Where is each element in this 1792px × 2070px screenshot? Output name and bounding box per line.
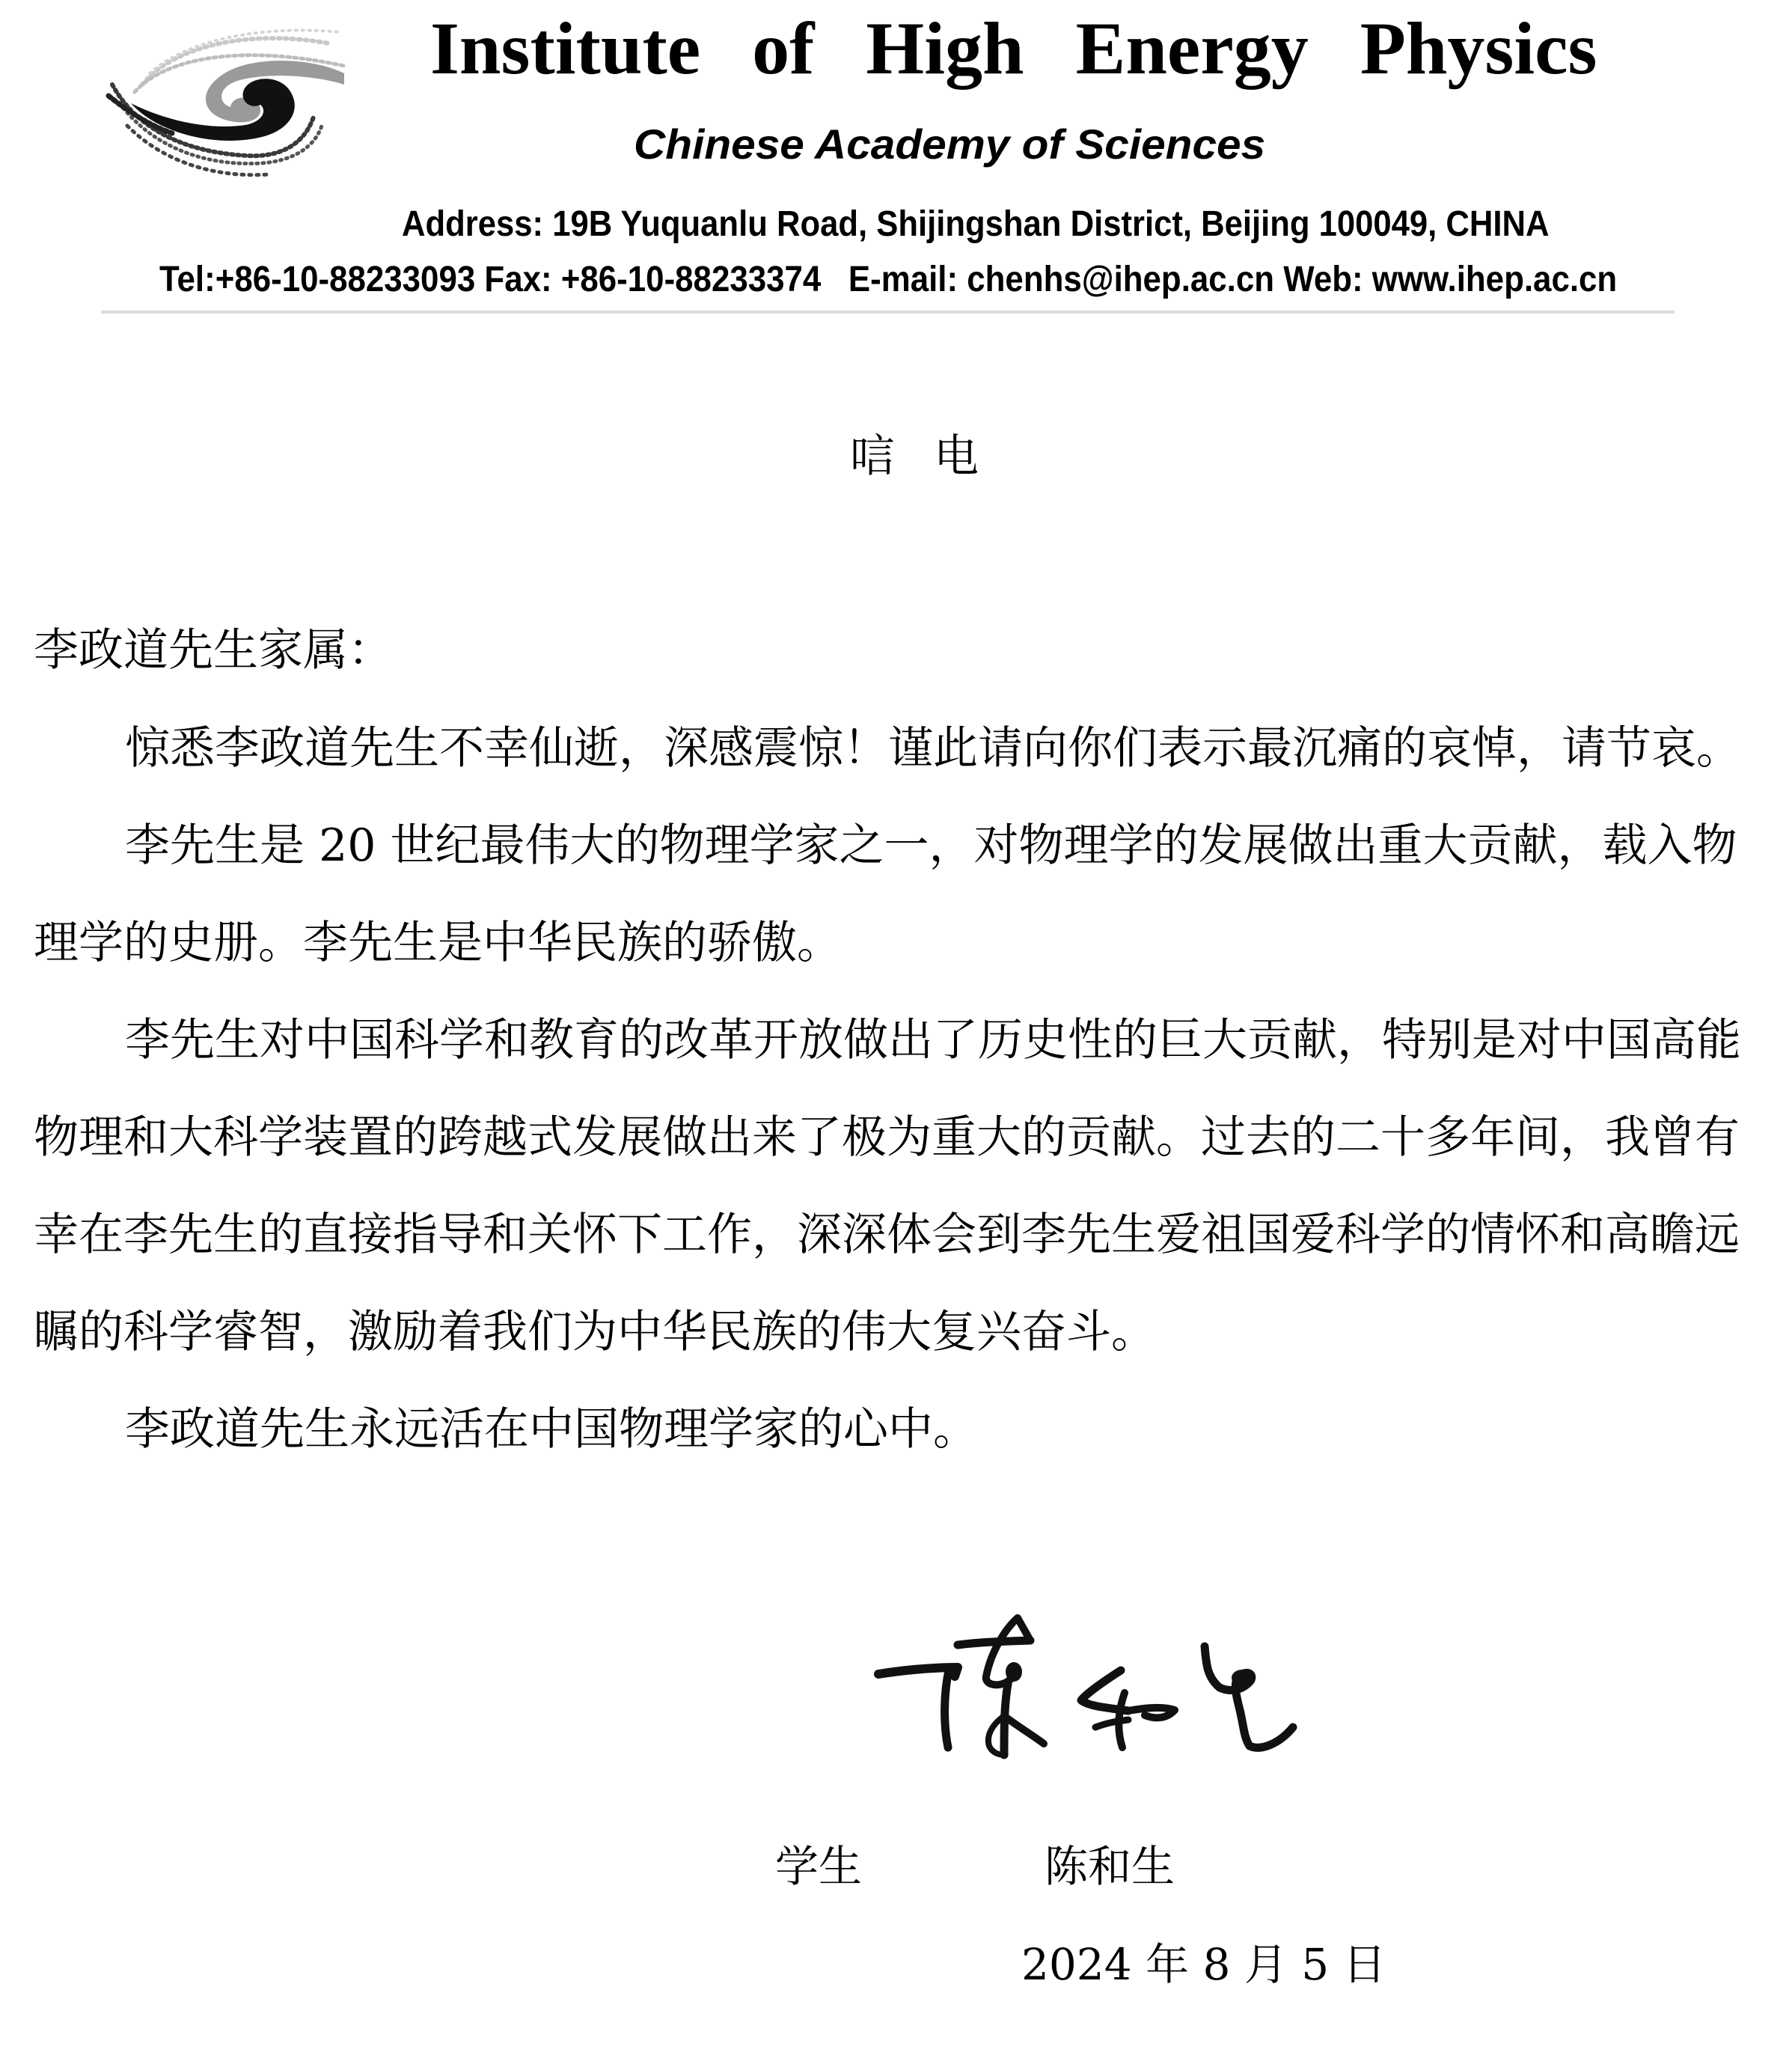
address-line: Address: 19B Yuquanlu Road, Shijingshan … [402,204,1550,245]
paragraph-3-line-2: 物理和大科学装置的跨越式发展做出来了极为重大的贡献。过去的二十多年间，我曾有 [34,1089,1722,1186]
academy-subtitle: Chinese Academy of Sciences [634,118,1265,171]
contact-line: Tel:+86-10-88233093 Fax: +86-10-88233374… [159,259,1617,301]
signer-name: 陈和生 [1045,1837,1175,1896]
paragraph-4-line-1: 李政道先生永远活在中国物理学家的心中。 [34,1381,978,1478]
letter-heading: 唁电 [831,419,995,494]
paragraph-1-line-1: 惊悉李政道先生不幸仙逝，深感震惊！谨此请向你们表示最沉痛的哀悼，请节哀。 [34,700,1722,797]
paragraph-3-line-4: 瞩的科学睿智，激励着我们为中华民族的伟大复兴奋斗。 [34,1283,1156,1381]
tel-fax: Tel:+86-10-88233093 Fax: +86-10-88233374 [159,260,821,299]
salutation: 李政道先生家属： [34,602,393,699]
letter-date: 2024 年 8 月 5 日 [1021,1935,1386,1994]
paragraph-3-line-3: 幸在李先生的直接指导和关怀下工作，深深体会到李先生爱祖国爱科学的情怀和高瞻远 [34,1186,1722,1283]
ihep-logo-icon [105,13,349,183]
paragraph-2-line-2: 理学的史册。李先生是中华民族的骄傲。 [34,894,842,992]
header-divider [101,311,1675,314]
institute-title: Institute of High Energy Physics [430,0,1597,97]
email-web: E-mail: chenhs@ihep.ac.cn Web: www.ihep.… [848,260,1617,299]
handwritten-signature-icon [860,1609,1324,1834]
paragraph-2-line-1: 李先生是 20 世纪最伟大的物理学家之一，对物理学的发展做出重大贡献，载入物 [34,797,1722,894]
signer-role: 学生 [775,1837,862,1896]
paragraph-3-line-1: 李先生对中国科学和教育的改革开放做出了历史性的巨大贡献，特别是对中国高能 [34,992,1722,1089]
